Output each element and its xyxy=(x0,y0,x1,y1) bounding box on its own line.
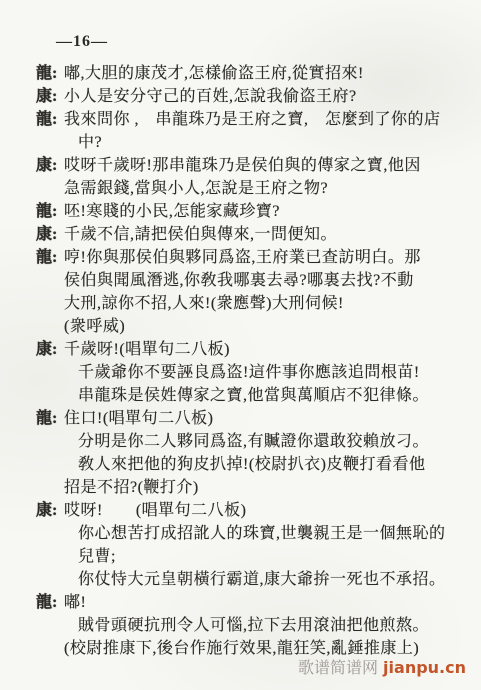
script-line: 大刑,諒你不招,人來!(衆應聲)大刑伺候! xyxy=(0,292,481,315)
speaker-label: 龍: xyxy=(36,200,57,223)
speaker-label: 龍: xyxy=(36,246,57,269)
line-text: 哎呀! (唱單句二八板) xyxy=(64,502,247,519)
line-text: 你心想苦打成招訛人的珠寶,世襲親王是一個無恥的 xyxy=(78,525,446,542)
script-line: 串龍珠是侯姓傳家之寶,他當與萬順店不犯律條。 xyxy=(0,384,481,407)
line-text: 中? xyxy=(78,134,102,151)
script-line: 康:哎呀千歲呀!那串龍珠乃是侯伯與的傳家之寶,他因 xyxy=(0,154,481,177)
speaker-label: 龍: xyxy=(36,591,57,614)
line-text: 串龍珠是侯姓傳家之寶,他當與萬順店不犯律條。 xyxy=(78,387,429,404)
line-text: 敎人來把他的狗皮扒掉!(校尉扒衣)皮鞭打看看他 xyxy=(78,456,426,473)
script-line: 敎人來把他的狗皮扒掉!(校尉扒衣)皮鞭打看看他 xyxy=(0,453,481,476)
watermark-site: 歌谱简谱网 xyxy=(298,658,378,677)
line-text: 千歲不信,請把侯伯與傳來,一問便知。 xyxy=(64,226,337,243)
line-text: 招是不招?(鞭打介) xyxy=(64,479,199,496)
line-text: 兒曹; xyxy=(78,548,116,565)
script-line: 康:千歲呀!(唱單句二八板) xyxy=(0,338,481,361)
line-text: 哎呀千歲呀!那串龍珠乃是侯伯與的傳家之寶,他因 xyxy=(64,157,421,174)
line-text: 分明是你二人夥同爲盗,有贓證你還敢狡賴放刁。 xyxy=(78,433,429,450)
script-line: 分明是你二人夥同爲盗,有贓證你還敢狡賴放刁。 xyxy=(0,430,481,453)
line-text: 急需銀錢,當與小人,怎說是王府之物? xyxy=(64,180,328,197)
line-text: 千歲爺你不要誣良爲盗!這件事你應該追問根苗! xyxy=(78,364,420,381)
script-line: 千歲爺你不要誣良爲盗!這件事你應該追問根苗! xyxy=(0,361,481,384)
script-line: 龍:呸!寒賤的小民,怎能家藏珍寶? xyxy=(0,200,481,223)
script-lines: 龍:嘟,大胆的康茂才,怎樣偷盗王府,從實招來!康:小人是安分守己的百姓,怎說我偷… xyxy=(0,62,481,660)
script-line: 龍:我來問你 , 串龍珠乃是王府之寶, 怎麼到了你的店 xyxy=(0,108,481,131)
line-text: 侯伯與聞風潛逃,你敎我哪裏去尋?哪裏去找?不動 xyxy=(64,272,414,289)
speaker-label: 龍: xyxy=(36,108,57,131)
script-line: 急需銀錢,當與小人,怎說是王府之物? xyxy=(0,177,481,200)
script-line: 康:哎呀! (唱單句二八板) xyxy=(0,499,481,522)
script-line: 康:小人是安分守己的百姓,怎說我偷盗王府? xyxy=(0,85,481,108)
watermark: 歌谱简谱网 jianpu.cn xyxy=(298,655,466,678)
line-text: 大刑,諒你不招,人來!(衆應聲)大刑伺候! xyxy=(64,295,344,312)
watermark-url: jianpu.cn xyxy=(383,658,466,677)
line-text: 賊骨頭硬抗刑令人可惱,拉下去用滾油把他煎熬。 xyxy=(78,617,429,634)
speaker-label: 康: xyxy=(36,85,57,108)
speaker-label: 康: xyxy=(36,499,57,522)
script-line: 中? xyxy=(0,131,481,154)
line-text: (衆呼威) xyxy=(64,318,125,335)
speaker-label: 龍: xyxy=(36,407,57,430)
script-line: 侯伯與聞風潛逃,你敎我哪裏去尋?哪裏去找?不動 xyxy=(0,269,481,292)
speaker-label: 康: xyxy=(36,338,57,361)
line-text: 你仗恃大元皇朝橫行霸道,康大爺拚一死也不承招。 xyxy=(78,571,446,588)
speaker-label: 康: xyxy=(36,154,57,177)
speaker-label: 康: xyxy=(36,223,57,246)
script-line: 你心想苦打成招訛人的珠寶,世襲親王是一個無恥的 xyxy=(0,522,481,545)
script-line: 招是不招?(鞭打介) xyxy=(0,476,481,499)
script-line: 龍:嘟,大胆的康茂才,怎樣偷盗王府,從實招來! xyxy=(0,62,481,85)
line-text: 嘟! xyxy=(64,594,86,611)
script-line: 你仗恃大元皇朝橫行霸道,康大爺拚一死也不承招。 xyxy=(0,568,481,591)
page-number: —16— xyxy=(56,33,108,51)
speaker-label: 龍: xyxy=(36,62,57,85)
line-text: 住口!(唱單句二八板) xyxy=(64,410,214,427)
line-text: 千歲呀!(唱單句二八板) xyxy=(64,341,230,358)
script-line: 康:千歲不信,請把侯伯與傳來,一問便知。 xyxy=(0,223,481,246)
script-line: 賊骨頭硬抗刑令人可惱,拉下去用滾油把他煎熬。 xyxy=(0,614,481,637)
line-text: 小人是安分守己的百姓,怎說我偷盗王府? xyxy=(64,88,357,105)
line-text: 我來問你 , 串龍珠乃是王府之寶, 怎麼到了你的店 xyxy=(64,111,441,128)
line-text: 哼!你與那侯伯與夥同爲盗,王府業已查訪明白。那 xyxy=(64,249,421,266)
script-line: 兒曹; xyxy=(0,545,481,568)
line-text: 呸!寒賤的小民,怎能家藏珍寶? xyxy=(64,203,280,220)
line-text: 嘟,大胆的康茂才,怎樣偷盗王府,從實招來! xyxy=(64,65,364,82)
script-line: (衆呼威) xyxy=(0,315,481,338)
script-line: 龍:住口!(唱單句二八板) xyxy=(0,407,481,430)
script-line: 龍:哼!你與那侯伯與夥同爲盗,王府業已查訪明白。那 xyxy=(0,246,481,269)
script-line: 龍:嘟! xyxy=(0,591,481,614)
